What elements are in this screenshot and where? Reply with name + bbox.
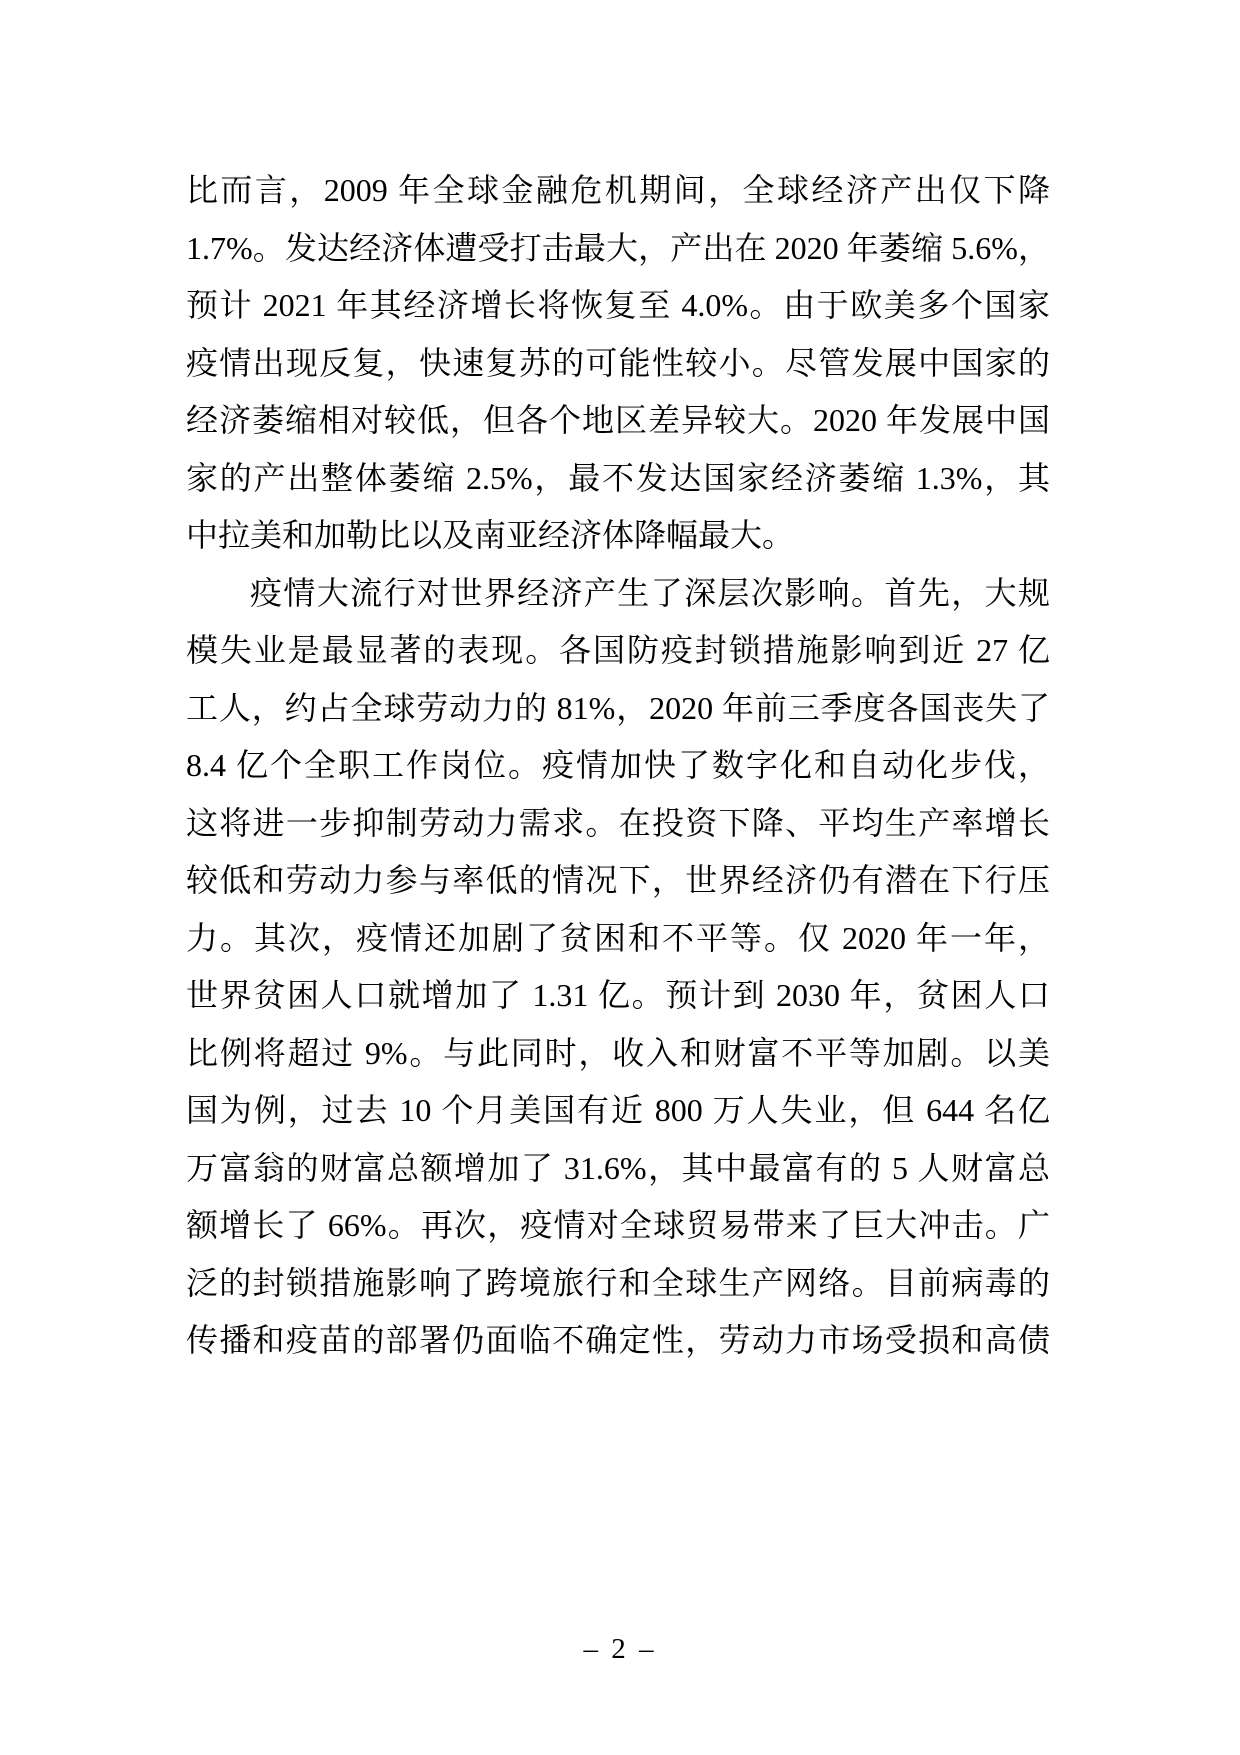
text-line: 预计 2021 年其经济增长将恢复至 4.0%。由于欧美多个国家: [186, 277, 1050, 335]
text-line: 国为例，过去 10 个月美国有近 800 万人失业，但 644 名亿: [186, 1082, 1050, 1140]
text-line: 1.7%。发达经济体遭受打击最大，产出在 2020 年萎缩 5.6%，: [186, 220, 1050, 278]
text-line: 8.4 亿个全职工作岗位。疫情加快了数字化和自动化步伐，: [186, 737, 1050, 795]
page-footer: – 2 –: [0, 1634, 1240, 1664]
text-line: 疫情出现反复，快速复苏的可能性较小。尽管发展中国家的: [186, 335, 1050, 393]
text-line: 经济萎缩相对较低，但各个地区差异较大。2020 年发展中国: [186, 392, 1050, 450]
text-line: 工人，约占全球劳动力的 81%，2020 年前三季度各国丧失了: [186, 680, 1050, 738]
text-line: 泛的封锁措施影响了跨境旅行和全球生产网络。目前病毒的: [186, 1255, 1050, 1313]
paragraph: 疫情大流行对世界经济产生了深层次影响。首先，大规模失业是最显著的表现。各国防疫封…: [186, 565, 1050, 1370]
text-line: 家的产出整体萎缩 2.5%，最不发达国家经济萎缩 1.3%，其: [186, 450, 1050, 508]
text-line: 世界贫困人口就增加了 1.31 亿。预计到 2030 年，贫困人口: [186, 967, 1050, 1025]
text-line: 中拉美和加勒比以及南亚经济体降幅最大。: [186, 507, 1050, 565]
text-line: 比而言，2009 年全球金融危机期间，全球经济产出仅下降: [186, 162, 1050, 220]
text-line: 额增长了 66%。再次，疫情对全球贸易带来了巨大冲击。广: [186, 1197, 1050, 1255]
text-line: 疫情大流行对世界经济产生了深层次影响。首先，大规: [186, 565, 1050, 623]
text-line: 比例将超过 9%。与此同时，收入和财富不平等加剧。以美: [186, 1025, 1050, 1083]
text-line: 力。其次，疫情还加剧了贫困和不平等。仅 2020 年一年，: [186, 910, 1050, 968]
paragraph: 比而言，2009 年全球金融危机期间，全球经济产出仅下降1.7%。发达经济体遭受…: [186, 162, 1050, 565]
text-line: 较低和劳动力参与率低的情况下，世界经济仍有潜在下行压: [186, 852, 1050, 910]
document-page: { "page": { "background_color": "#ffffff…: [0, 0, 1240, 1755]
text-line: 传播和疫苗的部署仍面临不确定性，劳动力市场受损和高债: [186, 1312, 1050, 1370]
text-line: 模失业是最显著的表现。各国防疫封锁措施影响到近 27 亿: [186, 622, 1050, 680]
text-line: 万富翁的财富总额增加了 31.6%，其中最富有的 5 人财富总: [186, 1140, 1050, 1198]
page-number: – 2 –: [584, 1634, 657, 1664]
document-body: 比而言，2009 年全球金融危机期间，全球经济产出仅下降1.7%。发达经济体遭受…: [186, 162, 1050, 1370]
page-surface: 比而言，2009 年全球金融危机期间，全球经济产出仅下降1.7%。发达经济体遭受…: [0, 0, 1240, 1755]
text-line: 这将进一步抑制劳动力需求。在投资下降、平均生产率增长: [186, 795, 1050, 853]
